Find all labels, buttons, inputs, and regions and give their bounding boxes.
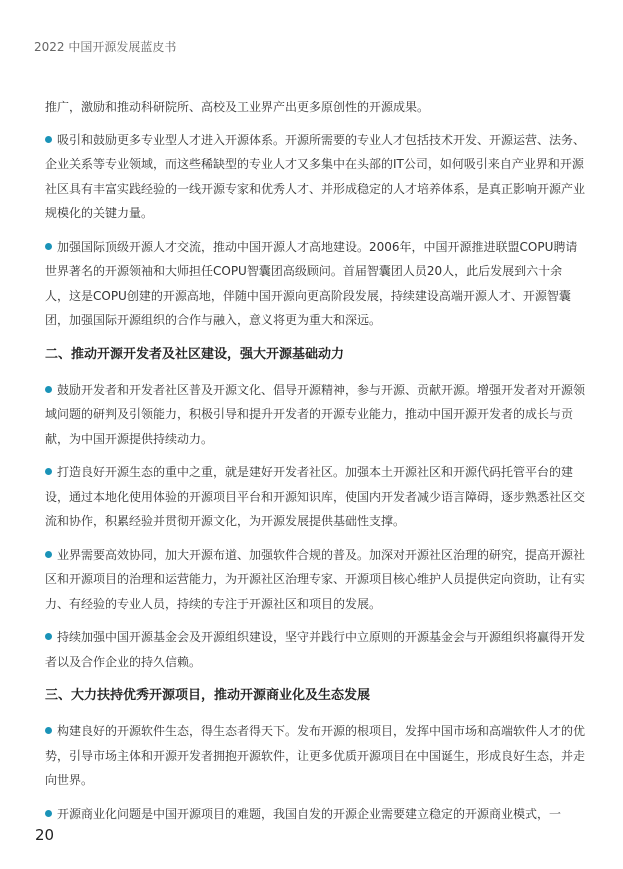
bullet-paragraph: 持续加强中国开源基金会及开源组织建设，坚守并践行中立原则的开源基金会与开源组织将… [45, 625, 585, 674]
bullet-dot-icon [45, 386, 52, 393]
bullet-paragraph: 鼓励开发者和开发者社区普及开源文化、倡导开源精神，参与开源、贡献开源。增强开发者… [45, 378, 585, 452]
bullet-text: 持续加强中国开源基金会及开源组织建设，坚守并践行中立原则的开源基金会与开源组织将… [45, 630, 585, 669]
bullet-dot-icon [45, 551, 52, 558]
bullet-paragraph: 构建良好的开源软件生态，得生态者得天下。发布开源的根项目，发挥中国市场和高端软件… [45, 719, 585, 793]
section-heading-2: 二、推动开源开发者及社区建设，强大开源基础动力 [45, 345, 585, 365]
bullet-text: 构建良好的开源软件生态，得生态者得天下。发布开源的根项目，发挥中国市场和高端软件… [45, 724, 585, 787]
bullet-text: 开源商业化问题是中国开源项目的难题，我国自发的开源企业需要建立稳定的开源商业模式… [57, 807, 561, 821]
bullet-dot-icon [45, 136, 52, 143]
bullet-text: 吸引和鼓励更多专业型人才进入开源体系。开源所需要的专业人才包括技术开发、开源运营… [45, 133, 585, 221]
bullet-paragraph: 业界需要高效协同，加大开源布道、加强软件合规的普及。加深对开源社区治理的研究，提… [45, 543, 585, 617]
bullet-text: 加强国际顶级开源人才交流，推动中国开源人才高地建设。2006年，中国开源推进联盟… [45, 240, 577, 328]
bullet-paragraph: 吸引和鼓励更多专业型人才进入开源体系。开源所需要的专业人才包括技术开发、开源运营… [45, 128, 585, 226]
bullet-paragraph: 打造良好开源生态的重中之重，就是建好开发者社区。加强本土开源社区和开源代码托管平… [45, 460, 585, 534]
bullet-dot-icon [45, 810, 52, 817]
bullet-dot-icon [45, 468, 52, 475]
bullet-text: 打造良好开源生态的重中之重，就是建好开发者社区。加强本土开源社区和开源代码托管平… [45, 465, 585, 528]
bullet-text: 业界需要高效协同，加大开源布道、加强软件合规的普及。加深对开源社区治理的研究，提… [45, 548, 585, 611]
bullet-text: 鼓励开发者和开发者社区普及开源文化、倡导开源精神，参与开源、贡献开源。增强开发者… [45, 383, 585, 446]
bullet-paragraph: 加强国际顶级开源人才交流，推动中国开源人才高地建设。2006年，中国开源推进联盟… [45, 235, 585, 333]
bullet-dot-icon [45, 633, 52, 640]
intro-continuation-paragraph: 推广，激励和推动科研院所、高校及工业界产出更多原创性的开源成果。 [45, 95, 585, 120]
running-header-title: 2022 中国开源发展蓝皮书 [34, 38, 176, 55]
bullet-paragraph: 开源商业化问题是中国开源项目的难题，我国自发的开源企业需要建立稳定的开源商业模式… [45, 802, 585, 827]
page-body: 推广，激励和推动科研院所、高校及工业界产出更多原创性的开源成果。 吸引和鼓励更多… [45, 95, 585, 835]
page-number: 20 [35, 826, 54, 844]
bullet-dot-icon [45, 727, 52, 734]
section-heading-3: 三、大力扶持优秀开源项目，推动开源商业化及生态发展 [45, 686, 585, 706]
bullet-dot-icon [45, 243, 52, 250]
